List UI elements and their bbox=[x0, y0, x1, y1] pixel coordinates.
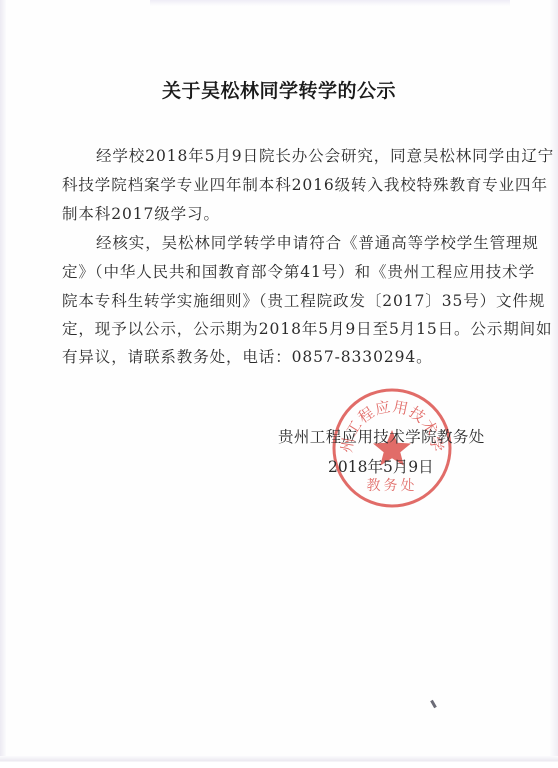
paragraph-2-line-1: 经核实，吴松林同学转学申请符合《普通高等学校学生管理规 bbox=[96, 231, 526, 253]
scan-edge-bottom bbox=[0, 756, 558, 768]
scan-edge-left bbox=[0, 0, 6, 768]
official-seal: 贵州工程应用技术学院 教务处 bbox=[330, 386, 454, 510]
scan-edge-top bbox=[150, 0, 510, 6]
scan-edge-right bbox=[550, 0, 558, 768]
document-page: 关于吴松林同学转学的公示 经学校2018年5月9日院长办公会研究，同意吴松林同学… bbox=[0, 0, 558, 768]
seal-bottom-text: 教务处 bbox=[367, 477, 418, 494]
document-title: 关于吴松林同学转学的公示 bbox=[0, 76, 558, 103]
paragraph-1-line-3: 制本科2017级学习。 bbox=[62, 202, 492, 224]
paragraph-2-line-5: 有异议，请联系教务处，电话：0857-8330294。 bbox=[62, 345, 492, 367]
issue-date: 2018年5月9日 bbox=[328, 455, 434, 477]
paragraph-1-line-2: 科技学院档案学专业四年制本科2016级转入我校特殊教育专业四年 bbox=[62, 173, 492, 195]
paragraph-1-line-1: 经学校2018年5月9日院长办公会研究，同意吴松林同学由辽宁 bbox=[96, 144, 526, 166]
issuer-signature: 贵州工程应用技术学院教务处 bbox=[278, 425, 485, 447]
paragraph-2-line-2: 定》（中华人民共和国教育部令第41号）和《贵州工程应用技术学 bbox=[62, 260, 492, 282]
scan-artifact bbox=[430, 700, 437, 708]
paragraph-2-line-4: 定，现予以公示，公示期为2018年5月9日至5月15日。公示期间如 bbox=[62, 317, 492, 339]
paragraph-2-line-3: 院本专科生转学实施细则》（贵工程院政发〔2017〕35号）文件规 bbox=[62, 289, 492, 311]
